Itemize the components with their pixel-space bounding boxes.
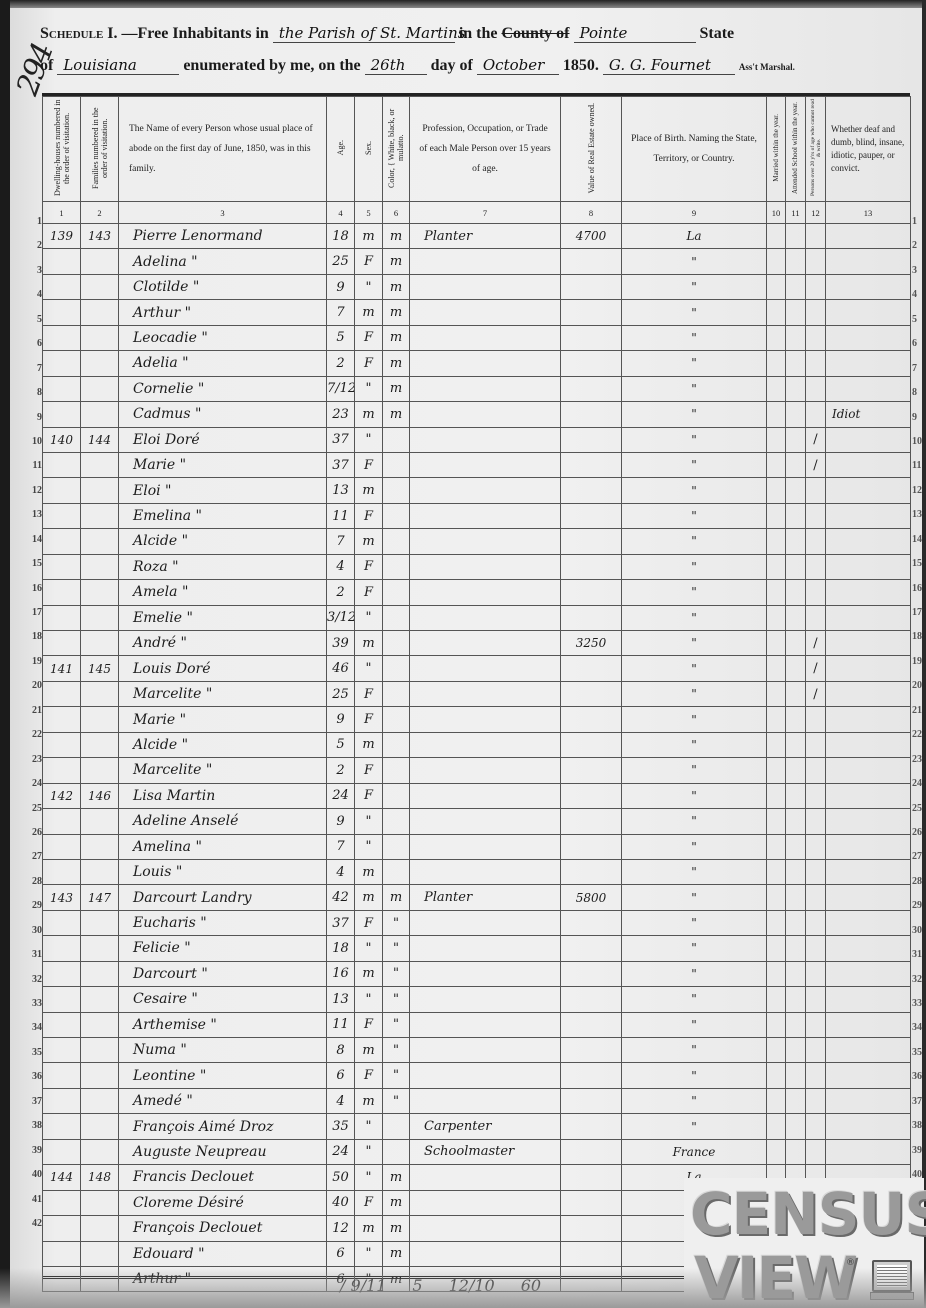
cell-sex: F xyxy=(355,1012,383,1037)
cell-condition xyxy=(826,631,911,656)
cell-family xyxy=(81,529,119,554)
cell-family xyxy=(81,1038,119,1063)
cell-sex: F xyxy=(355,707,383,732)
county-handwritten: Pointe xyxy=(574,24,696,43)
cell-occupation xyxy=(410,936,561,961)
cell-occupation xyxy=(410,859,561,884)
cell-color: m xyxy=(383,325,410,350)
cell-dwelling xyxy=(43,1216,81,1241)
cell-condition xyxy=(826,859,911,884)
cell-name: Alcide " xyxy=(119,529,327,554)
cell-condition xyxy=(826,656,911,681)
line-number: 30 xyxy=(20,919,42,943)
line-number: 12 xyxy=(20,479,42,503)
cell-school xyxy=(786,605,806,630)
table-row: Adeline Anselé9"" xyxy=(43,809,911,834)
cell-birthplace: " xyxy=(622,809,767,834)
cell-married xyxy=(767,1063,786,1088)
cell-birthplace: " xyxy=(622,325,767,350)
cell-married xyxy=(767,376,786,401)
cell-dwelling xyxy=(43,503,81,528)
cell-occupation xyxy=(410,961,561,986)
cell-school xyxy=(786,1038,806,1063)
line-number: 3 xyxy=(912,259,926,283)
cell-school xyxy=(786,656,806,681)
line-number: 12 xyxy=(912,479,926,503)
cell-color xyxy=(383,758,410,783)
line-number: 24 xyxy=(912,772,926,796)
cell-married xyxy=(767,961,786,986)
cell-birthplace: " xyxy=(622,707,767,732)
table-row: Marie "37F"/ xyxy=(43,452,911,477)
cell-dwelling xyxy=(43,1012,81,1037)
cell-married xyxy=(767,631,786,656)
line-number: 5 xyxy=(912,308,926,332)
census-table: Dwelling-houses numbered in the order of… xyxy=(42,96,911,1292)
line-number: 24 xyxy=(20,772,42,796)
col-header-color: Color, { White, black, or mulatto. xyxy=(383,97,410,202)
cell-name: Louis " xyxy=(119,859,327,884)
cell-color: m xyxy=(383,351,410,376)
cell-school xyxy=(786,224,806,249)
cell-illiterate xyxy=(806,1139,826,1164)
cell-sex: " xyxy=(355,1241,383,1266)
cell-real-estate xyxy=(561,427,622,452)
line-number: 14 xyxy=(912,528,926,552)
cell-sex: F xyxy=(355,910,383,935)
cell-illiterate xyxy=(806,707,826,732)
cell-dwelling xyxy=(43,274,81,299)
table-row: 140144Eloi Doré37""/ xyxy=(43,427,911,452)
line-number: 15 xyxy=(912,552,926,576)
cell-married xyxy=(767,987,786,1012)
line-number: 25 xyxy=(20,797,42,821)
col-header-family: Families numbered in the order of visita… xyxy=(81,97,119,202)
cell-age: 50 xyxy=(327,1165,355,1190)
cell-dwelling xyxy=(43,834,81,859)
cell-dwelling xyxy=(43,1063,81,1088)
cell-birthplace: " xyxy=(622,681,767,706)
cell-school xyxy=(786,427,806,452)
cell-condition xyxy=(826,936,911,961)
cell-occupation xyxy=(410,249,561,274)
cell-condition xyxy=(826,274,911,299)
cell-illiterate xyxy=(806,503,826,528)
cell-dwelling: 139 xyxy=(43,224,81,249)
line-number: 35 xyxy=(20,1041,42,1065)
cell-real-estate xyxy=(561,681,622,706)
cell-sex: m xyxy=(355,732,383,757)
table-row: 141145Louis Doré46""/ xyxy=(43,656,911,681)
cell-dwelling xyxy=(43,452,81,477)
cell-dwelling: 140 xyxy=(43,427,81,452)
table-row: 143147Darcourt Landry42mmPlanter5800" xyxy=(43,885,911,910)
cell-illiterate xyxy=(806,605,826,630)
cell-color xyxy=(383,605,410,630)
col-header-condition: Whether deaf and dumb, blind, insane, id… xyxy=(826,97,911,202)
cell-color: " xyxy=(383,910,410,935)
cell-real-estate xyxy=(561,300,622,325)
cell-name: Cadmus " xyxy=(119,402,327,427)
cell-real-estate xyxy=(561,859,622,884)
cell-age: 25 xyxy=(327,681,355,706)
table-row: 139143Pierre Lenormand18mmPlanter4700La xyxy=(43,224,911,249)
cell-illiterate xyxy=(806,885,826,910)
cell-real-estate xyxy=(561,834,622,859)
cell-name: Cornelie " xyxy=(119,376,327,401)
cell-birthplace: " xyxy=(622,605,767,630)
cell-married xyxy=(767,732,786,757)
line-number: 15 xyxy=(20,552,42,576)
cell-color: m xyxy=(383,224,410,249)
cell-illiterate xyxy=(806,300,826,325)
cell-name: Adelina " xyxy=(119,249,327,274)
cell-family xyxy=(81,300,119,325)
line-number: 11 xyxy=(912,454,926,478)
day-of-label: day of xyxy=(431,57,473,74)
cell-sex: m xyxy=(355,478,383,503)
cell-occupation xyxy=(410,732,561,757)
cell-name: Felicie " xyxy=(119,936,327,961)
year-label: 1850. xyxy=(563,57,599,74)
cell-married xyxy=(767,580,786,605)
cell-birthplace: " xyxy=(622,885,767,910)
table-row: Amelina "7"" xyxy=(43,834,911,859)
cell-condition xyxy=(826,224,911,249)
cell-family: 145 xyxy=(81,656,119,681)
cell-real-estate xyxy=(561,1139,622,1164)
cell-color: " xyxy=(383,1063,410,1088)
cell-sex: F xyxy=(355,503,383,528)
state-handwritten: Louisiana xyxy=(57,56,179,75)
cell-birthplace: France xyxy=(622,1139,767,1164)
cell-occupation xyxy=(410,1012,561,1037)
cell-color xyxy=(383,452,410,477)
cell-name: Clotilde " xyxy=(119,274,327,299)
cell-illiterate: / xyxy=(806,656,826,681)
line-number: 16 xyxy=(20,577,42,601)
cell-occupation xyxy=(410,605,561,630)
cell-real-estate xyxy=(561,910,622,935)
cell-age: 46 xyxy=(327,656,355,681)
cell-sex: " xyxy=(355,987,383,1012)
cell-name: Leontine " xyxy=(119,1063,327,1088)
cell-real-estate xyxy=(561,503,622,528)
line-number: 18 xyxy=(912,625,926,649)
line-number: 1 xyxy=(912,210,926,234)
table-row: Marcelite "2F" xyxy=(43,758,911,783)
cell-color: m xyxy=(383,274,410,299)
cell-color: m xyxy=(383,1190,410,1215)
cell-real-estate xyxy=(561,580,622,605)
line-number: 6 xyxy=(20,332,42,356)
cell-color xyxy=(383,1114,410,1139)
cell-school xyxy=(786,529,806,554)
cell-married xyxy=(767,503,786,528)
cell-family xyxy=(81,1139,119,1164)
cell-real-estate xyxy=(561,1216,622,1241)
line-number: 11 xyxy=(20,454,42,478)
cell-condition xyxy=(826,529,911,554)
cell-real-estate xyxy=(561,351,622,376)
cell-married xyxy=(767,910,786,935)
cell-dwelling xyxy=(43,987,81,1012)
cell-illiterate xyxy=(806,478,826,503)
cell-name: Amelina " xyxy=(119,834,327,859)
line-number: 6 xyxy=(912,332,926,356)
cell-name: Amela " xyxy=(119,580,327,605)
cell-age: 2 xyxy=(327,758,355,783)
line-number: 36 xyxy=(912,1065,926,1089)
cell-name: Marcelite " xyxy=(119,758,327,783)
cell-married xyxy=(767,783,786,808)
cell-married xyxy=(767,885,786,910)
cell-occupation xyxy=(410,452,561,477)
cell-school xyxy=(786,1139,806,1164)
cell-illiterate xyxy=(806,580,826,605)
cell-family: 143 xyxy=(81,224,119,249)
line-number: 23 xyxy=(912,748,926,772)
cell-married xyxy=(767,809,786,834)
in-the-label: in the xyxy=(459,25,498,42)
cell-birthplace: " xyxy=(622,1063,767,1088)
cell-family xyxy=(81,580,119,605)
cell-age: 12 xyxy=(327,1216,355,1241)
col-header-school: Attended School within the year. xyxy=(786,97,806,202)
cell-occupation xyxy=(410,554,561,579)
cell-married xyxy=(767,859,786,884)
cell-dwelling xyxy=(43,859,81,884)
cell-occupation xyxy=(410,834,561,859)
cell-illiterate xyxy=(806,783,826,808)
line-number: 7 xyxy=(912,357,926,381)
cell-sex: m xyxy=(355,885,383,910)
cell-school xyxy=(786,402,806,427)
cell-condition xyxy=(826,732,911,757)
line-number: 32 xyxy=(912,968,926,992)
line-number: 29 xyxy=(912,894,926,918)
table-row: Leocadie "5Fm" xyxy=(43,325,911,350)
cell-name: Louis Doré xyxy=(119,656,327,681)
cell-name: Cloreme Désiré xyxy=(119,1190,327,1215)
line-number: 36 xyxy=(20,1065,42,1089)
line-number: 41 xyxy=(20,1188,42,1212)
cell-illiterate xyxy=(806,249,826,274)
cell-name: Emelina " xyxy=(119,503,327,528)
col-header-dwelling: Dwelling-houses numbered in the order of… xyxy=(43,97,81,202)
cell-sex: " xyxy=(355,834,383,859)
cell-real-estate xyxy=(561,783,622,808)
cell-name: Darcourt " xyxy=(119,961,327,986)
cell-dwelling xyxy=(43,478,81,503)
cell-condition xyxy=(826,707,911,732)
col-number-13: 13 xyxy=(826,202,911,224)
line-number: 27 xyxy=(912,845,926,869)
cell-real-estate xyxy=(561,707,622,732)
line-number: 22 xyxy=(20,723,42,747)
cell-real-estate xyxy=(561,1088,622,1113)
cell-dwelling xyxy=(43,580,81,605)
cell-occupation xyxy=(410,274,561,299)
cell-age: 25 xyxy=(327,249,355,274)
col-header-real-estate: Value of Real Estate owned. xyxy=(561,97,622,202)
cell-real-estate xyxy=(561,478,622,503)
cell-dwelling xyxy=(43,554,81,579)
line-number: 34 xyxy=(912,1016,926,1040)
cell-real-estate xyxy=(561,529,622,554)
cell-name: Alcide " xyxy=(119,732,327,757)
line-number: 23 xyxy=(20,748,42,772)
table-row: Alcide "5m" xyxy=(43,732,911,757)
cell-real-estate xyxy=(561,249,622,274)
cell-color: " xyxy=(383,936,410,961)
cell-real-estate xyxy=(561,554,622,579)
cell-color xyxy=(383,681,410,706)
table-row: Emelie "3/12"" xyxy=(43,605,911,630)
cell-color xyxy=(383,631,410,656)
cell-name: Eloi " xyxy=(119,478,327,503)
line-number: 28 xyxy=(912,870,926,894)
cell-sex: " xyxy=(355,809,383,834)
cell-real-estate xyxy=(561,1038,622,1063)
cell-sex: m xyxy=(355,300,383,325)
table-row: Roza "4F" xyxy=(43,554,911,579)
cell-condition xyxy=(826,580,911,605)
cell-dwelling: 143 xyxy=(43,885,81,910)
cell-color xyxy=(383,783,410,808)
cell-sex: " xyxy=(355,1139,383,1164)
scan-border-left xyxy=(0,0,10,1308)
cell-birthplace: La xyxy=(622,224,767,249)
line-number: 25 xyxy=(912,797,926,821)
cell-age: 7 xyxy=(327,300,355,325)
cell-family xyxy=(81,987,119,1012)
cell-dwelling: 142 xyxy=(43,783,81,808)
cell-condition xyxy=(826,809,911,834)
cell-sex: " xyxy=(355,605,383,630)
cell-real-estate xyxy=(561,402,622,427)
cell-condition xyxy=(826,427,911,452)
cell-school xyxy=(786,961,806,986)
cell-dwelling xyxy=(43,605,81,630)
cell-birthplace: " xyxy=(622,1038,767,1063)
cell-age: 2 xyxy=(327,580,355,605)
cell-school xyxy=(786,834,806,859)
cell-dwelling xyxy=(43,1139,81,1164)
table-row: Cadmus "23mm"Idiot xyxy=(43,402,911,427)
cell-family xyxy=(81,605,119,630)
cell-real-estate xyxy=(561,274,622,299)
cell-name: Pierre Lenormand xyxy=(119,224,327,249)
cell-age: 4 xyxy=(327,859,355,884)
cell-illiterate xyxy=(806,732,826,757)
cell-married xyxy=(767,1114,786,1139)
cell-condition xyxy=(826,249,911,274)
cell-illiterate xyxy=(806,961,826,986)
cell-real-estate xyxy=(561,1012,622,1037)
cell-dwelling xyxy=(43,681,81,706)
line-number: 7 xyxy=(20,357,42,381)
cell-family xyxy=(81,325,119,350)
cell-color xyxy=(383,707,410,732)
line-number: 19 xyxy=(20,650,42,674)
cell-school xyxy=(786,809,806,834)
cell-sex: F xyxy=(355,580,383,605)
col-number-3: 3 xyxy=(119,202,327,224)
cell-name: Lisa Martin xyxy=(119,783,327,808)
cell-illiterate xyxy=(806,529,826,554)
cell-sex: F xyxy=(355,249,383,274)
cell-condition xyxy=(826,554,911,579)
of-label: of xyxy=(40,57,53,74)
cell-name: Darcourt Landry xyxy=(119,885,327,910)
cell-occupation xyxy=(410,325,561,350)
cell-condition xyxy=(826,1088,911,1113)
cell-married xyxy=(767,224,786,249)
cell-school xyxy=(786,1114,806,1139)
cell-age: 6 xyxy=(327,1063,355,1088)
cell-occupation: Planter xyxy=(410,885,561,910)
cell-birthplace: " xyxy=(622,478,767,503)
cell-condition xyxy=(826,1038,911,1063)
col-header-birthplace: Place of Birth. Naming the State, Territ… xyxy=(622,97,767,202)
cell-color xyxy=(383,580,410,605)
column-number-row: 12345678910111213 xyxy=(43,202,911,224)
cell-color: " xyxy=(383,1038,410,1063)
cell-illiterate: / xyxy=(806,681,826,706)
cell-condition xyxy=(826,503,911,528)
cell-family xyxy=(81,274,119,299)
line-number: 13 xyxy=(912,503,926,527)
cell-married xyxy=(767,681,786,706)
line-number: 26 xyxy=(20,821,42,845)
line-number: 14 xyxy=(20,528,42,552)
cell-school xyxy=(786,351,806,376)
cell-name: Marie " xyxy=(119,707,327,732)
line-number: 35 xyxy=(912,1041,926,1065)
cell-real-estate xyxy=(561,732,622,757)
cell-family: 146 xyxy=(81,783,119,808)
cell-name: Eloi Doré xyxy=(119,427,327,452)
cell-dwelling xyxy=(43,910,81,935)
cell-sex: F xyxy=(355,325,383,350)
cell-family xyxy=(81,681,119,706)
cell-occupation xyxy=(410,1038,561,1063)
cell-real-estate xyxy=(561,758,622,783)
cell-color: m xyxy=(383,402,410,427)
cell-illiterate xyxy=(806,1063,826,1088)
cell-color xyxy=(383,732,410,757)
cell-illiterate xyxy=(806,351,826,376)
cell-occupation: Carpenter xyxy=(410,1114,561,1139)
cell-sex: " xyxy=(355,656,383,681)
cell-married xyxy=(767,1012,786,1037)
cell-illiterate xyxy=(806,376,826,401)
cell-sex: " xyxy=(355,427,383,452)
cell-family xyxy=(81,376,119,401)
cell-birthplace: " xyxy=(622,249,767,274)
cell-illiterate xyxy=(806,758,826,783)
cell-name: Amedé " xyxy=(119,1088,327,1113)
cell-condition xyxy=(826,834,911,859)
cell-family xyxy=(81,910,119,935)
cell-age: 23 xyxy=(327,402,355,427)
table-row: Darcourt "16m"" xyxy=(43,961,911,986)
cell-color xyxy=(383,859,410,884)
cell-real-estate: 3250 xyxy=(561,631,622,656)
col-number-7: 7 xyxy=(410,202,561,224)
cell-school xyxy=(786,987,806,1012)
